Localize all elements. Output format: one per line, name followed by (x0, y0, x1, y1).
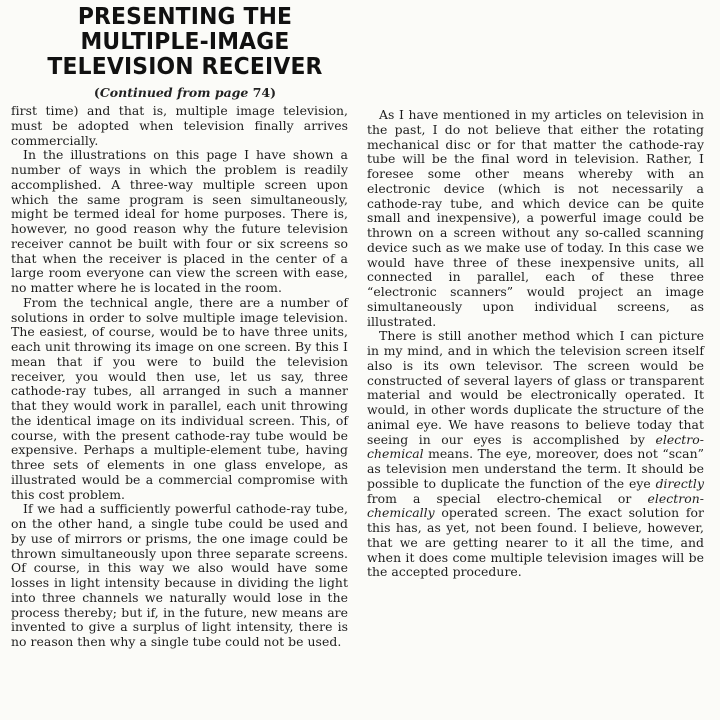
paragraph: If we had a sufficiently powerful cathod… (11, 502, 348, 650)
paragraph: There is still another method which I ca… (367, 329, 704, 580)
article-header: PRESENTING THE MULTIPLE-IMAGE TELEVISION… (20, 4, 350, 100)
title-line-2: MULTIPLE-IMAGE (32, 29, 339, 54)
left-column: first time) and that is, multiple image … (11, 104, 348, 650)
continued-note: (Continued from page 74) (20, 85, 350, 100)
right-column: As I have mentioned in my articles on te… (367, 108, 704, 580)
paragraph: In the illustrations on this page I have… (11, 148, 348, 296)
paragraph: From the technical angle, there are a nu… (11, 296, 348, 503)
title-line-3: TELEVISION RECEIVER (32, 54, 339, 79)
article-title: PRESENTING THE MULTIPLE-IMAGE TELEVISION… (32, 4, 339, 79)
title-line-1: PRESENTING THE (32, 4, 339, 29)
paragraph: As I have mentioned in my articles on te… (367, 108, 704, 329)
emphasis: directly (656, 476, 704, 491)
continued-page-number: 74 (253, 85, 270, 100)
magazine-page: PRESENTING THE MULTIPLE-IMAGE TELEVISION… (0, 0, 720, 720)
continued-label: Continued from page (100, 85, 249, 100)
paragraph: first time) and that is, multiple image … (11, 104, 348, 148)
